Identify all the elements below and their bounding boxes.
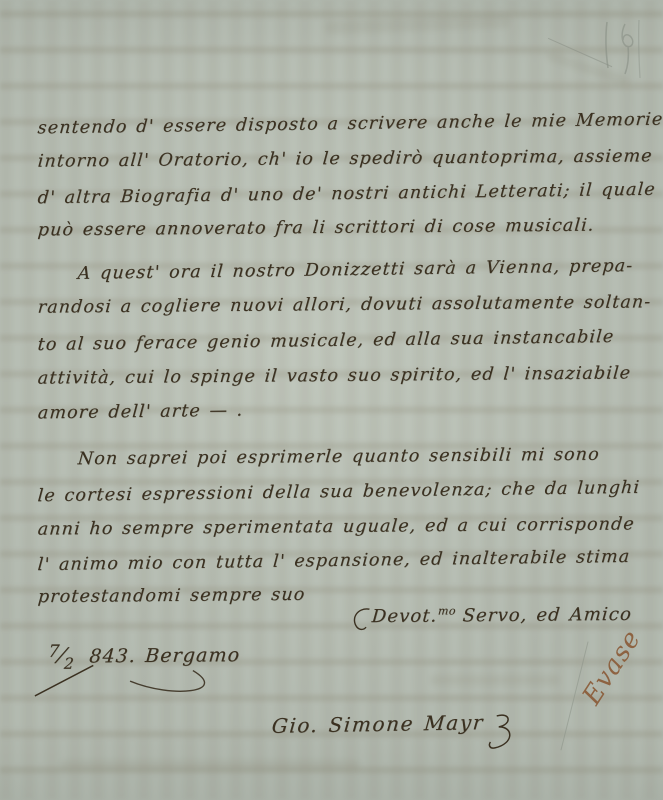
- letter-line: A quest' ora il nostro Donizzetti sarà a…: [77, 256, 634, 284]
- letter-line: sentendo d' essere disposto a scrivere a…: [37, 110, 663, 139]
- dateline: 7⁄2843. Bergamo: [47, 640, 242, 673]
- letter-line: d' altra Biografia d' uno de' nostri ant…: [37, 180, 657, 209]
- closing-text: Devot.: [371, 606, 438, 628]
- signature: Gio. Simone Mayr: [271, 710, 485, 738]
- showthrough-smudge: [325, 15, 510, 34]
- letter-page: sentendo d' essere disposto a scrivere a…: [0, 0, 663, 800]
- signature-text: Gio. Simone Mayr: [271, 710, 485, 738]
- signature-paraph-icon: [485, 712, 519, 755]
- archival-note: Evase: [577, 624, 647, 710]
- closing-superscript: mo: [437, 604, 456, 617]
- showthrough-smudge: [60, 760, 360, 769]
- flourish-curl-icon: [349, 605, 373, 633]
- date-fraction: 7⁄2: [47, 646, 76, 668]
- letter-line: to al suo ferace genio musicale, ed alla…: [37, 327, 615, 355]
- letter-line: l' animo mio con tutta l' espansione, ed…: [37, 547, 631, 575]
- date-month: 2: [63, 655, 75, 673]
- letter-line: intorno all' Oratorio, ch' io le spedirò…: [37, 146, 653, 171]
- showthrough-smudge: [430, 675, 560, 685]
- letter-line: anni ho sempre sperimentata uguale, ed a…: [37, 514, 636, 539]
- letter-line: le cortesi espressioni della sua benevol…: [37, 478, 641, 506]
- letter-line: attività, cui lo spinge il vasto suo spi…: [37, 363, 632, 388]
- pencil-mark-icon: [595, 16, 647, 86]
- closing-line: Devot.moServo, ed Amico: [371, 603, 633, 627]
- closing-rest: Servo, ed Amico: [462, 604, 633, 626]
- letter-line: amore dell' arte — .: [37, 401, 244, 424]
- date-place: 843. Bergamo: [88, 644, 241, 667]
- letter-line: Non saprei poi esprimerle quanto sensibi…: [77, 445, 601, 470]
- letter-line: randosi a cogliere nuovi allori, dovuti …: [37, 292, 652, 317]
- letter-line: può essere annoverato fra li scrittori d…: [37, 216, 595, 241]
- letter-line: protestandomi sempre suo: [37, 585, 306, 607]
